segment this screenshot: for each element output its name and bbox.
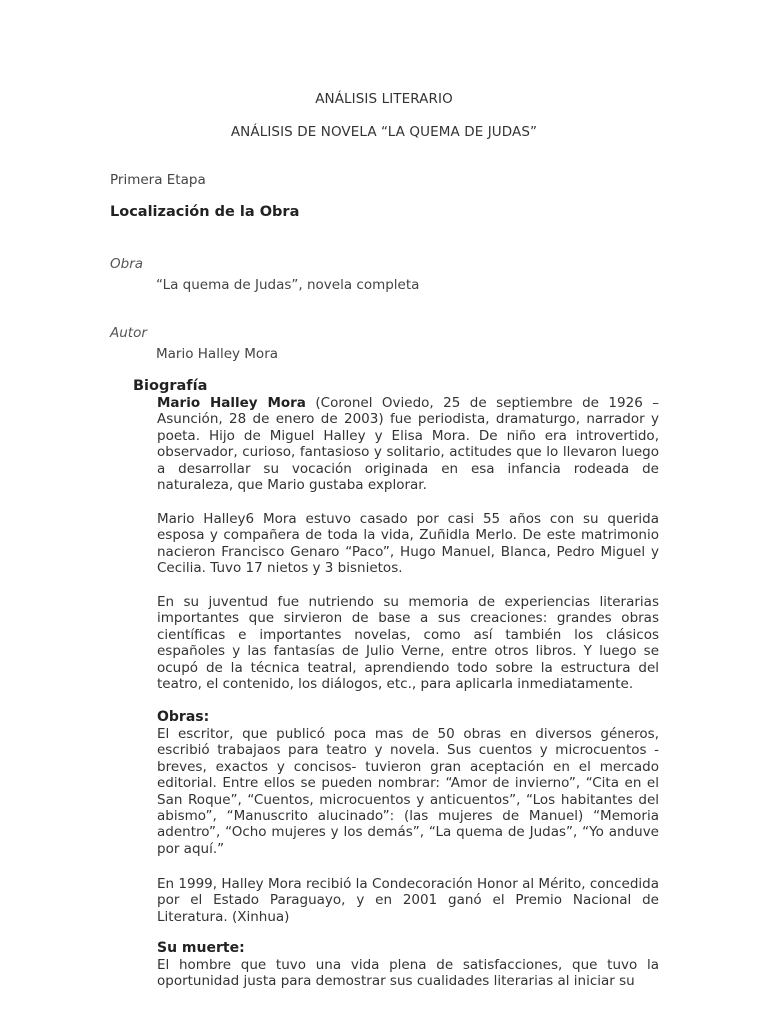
obras-paragraph-2: En 1999, Halley Mora recibió la Condecor… bbox=[157, 876, 659, 925]
muerte-paragraph-1: El hombre que tuvo una vida plena de sat… bbox=[157, 957, 659, 990]
obras-paragraph-1: El escritor, que publicó poca mas de 50 … bbox=[157, 726, 659, 857]
muerte-heading: Su muerte: bbox=[157, 940, 245, 956]
autor-value: Mario Halley Mora bbox=[156, 346, 278, 362]
document-title: ANÁLISIS LITERARIO bbox=[0, 91, 768, 107]
obra-label: Obra bbox=[110, 256, 143, 272]
biografia-heading: Biografía bbox=[133, 378, 207, 394]
biografia-paragraph-2: Mario Halley6 Mora estuvo casado por cas… bbox=[157, 511, 659, 577]
section-heading: Localización de la Obra bbox=[110, 204, 299, 220]
biografia-paragraph-1: Mario Halley Mora (Coronel Oviedo, 25 de… bbox=[157, 395, 659, 493]
obra-value: “La quema de Judas”, novela completa bbox=[156, 277, 419, 293]
document-subtitle: ANÁLISIS DE NOVELA “LA QUEMA DE JUDAS” bbox=[0, 124, 768, 140]
autor-label: Autor bbox=[110, 325, 147, 341]
author-name-bold: Mario Halley Mora bbox=[157, 395, 306, 411]
obras-heading: Obras: bbox=[157, 709, 209, 725]
biografia-paragraph-3: En su juventud fue nutriendo su memoria … bbox=[157, 594, 659, 692]
document-page: ANÁLISIS LITERARIO ANÁLISIS DE NOVELA “L… bbox=[0, 0, 768, 1024]
stage-label: Primera Etapa bbox=[110, 172, 206, 188]
